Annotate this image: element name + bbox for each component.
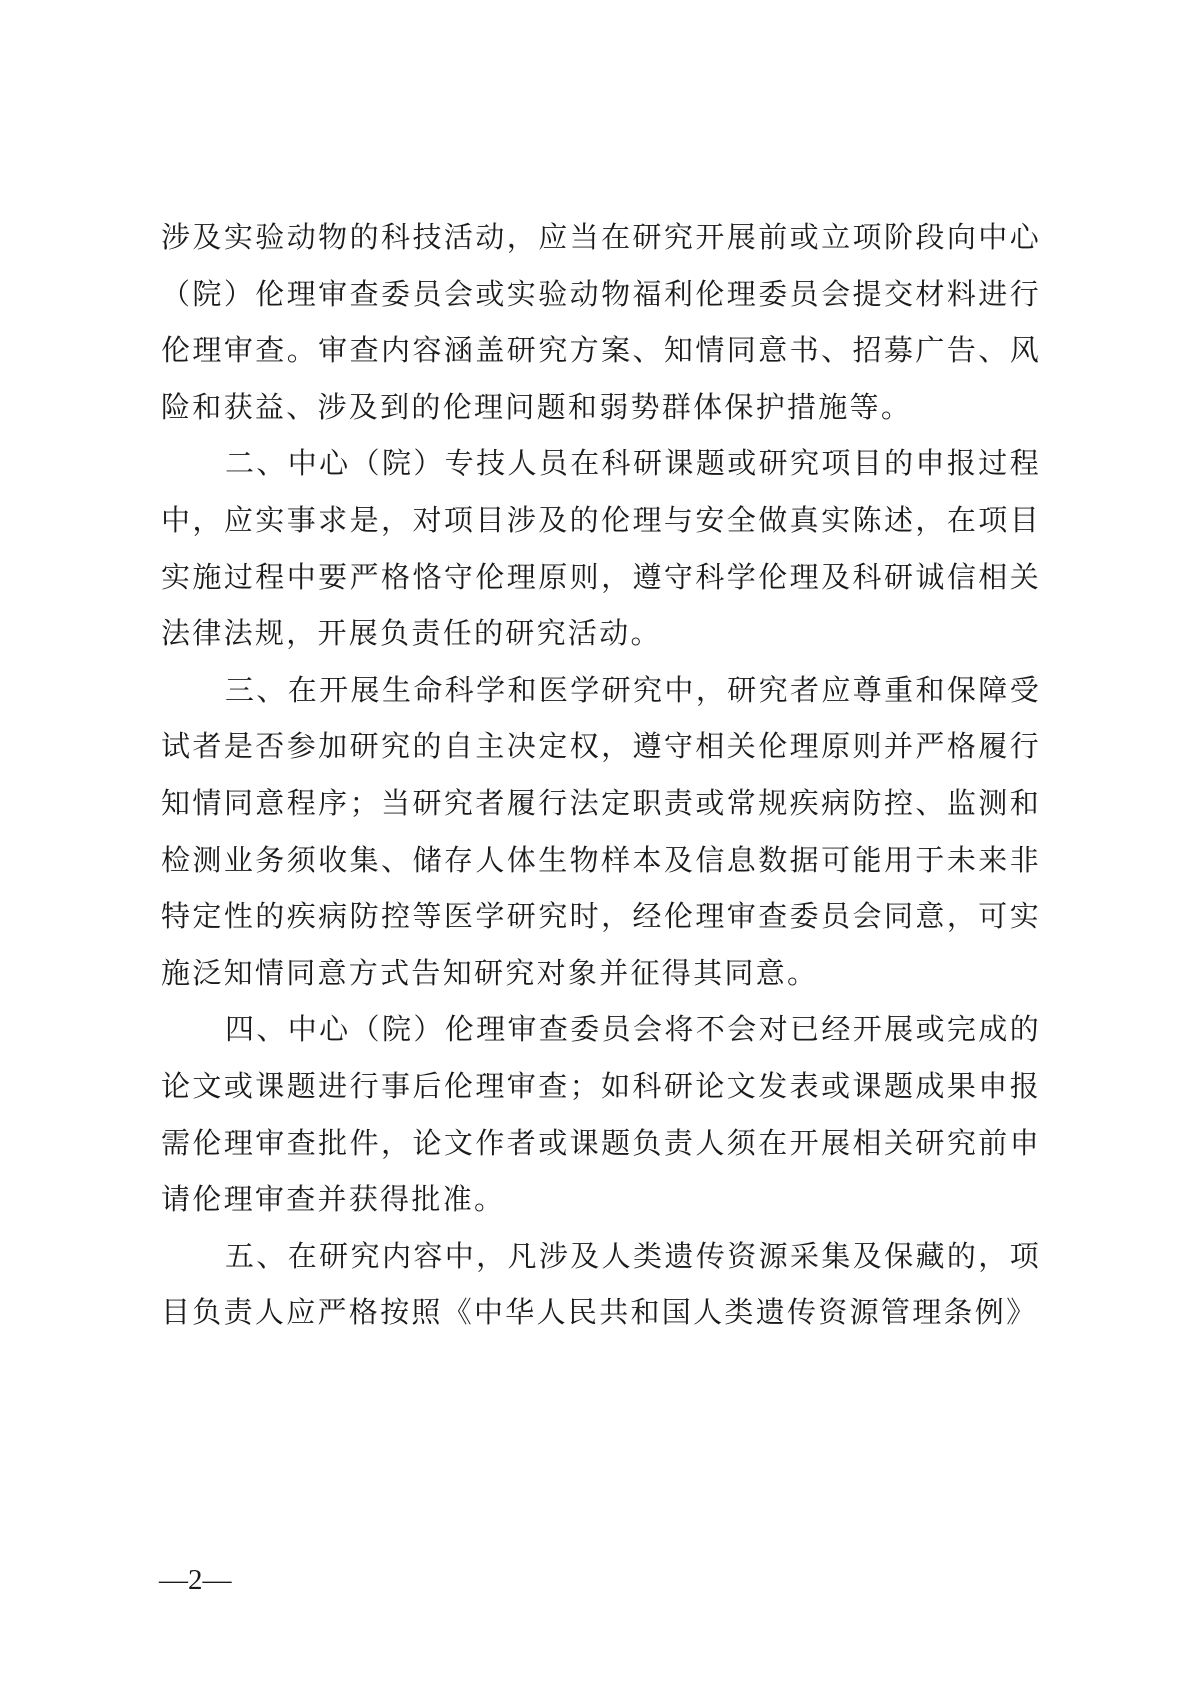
paragraph-item-4: 四、中心（院）伦理审查委员会将不会对已经开展或完成的论文或课题进行事后伦理审查；… [161, 1001, 1041, 1227]
page-number: —2— [159, 1563, 232, 1597]
document-page: 涉及实验动物的科技活动，应当在研究开展前或立项阶段向中心（院）伦理审查委员会或实… [0, 0, 1190, 1682]
paragraph-item-5: 五、在研究内容中，凡涉及人类遗传资源采集及保藏的，项目负责人应严格按照《中华人民… [161, 1228, 1041, 1341]
paragraph-item-2: 二、中心（院）专技人员在科研课题或研究项目的申报过程中，应实事求是，对项目涉及的… [161, 435, 1041, 661]
paragraph-continuation: 涉及实验动物的科技活动，应当在研究开展前或立项阶段向中心（院）伦理审查委员会或实… [161, 209, 1041, 435]
document-body: 涉及实验动物的科技活动，应当在研究开展前或立项阶段向中心（院）伦理审查委员会或实… [161, 209, 1041, 1341]
paragraph-item-3: 三、在开展生命科学和医学研究中，研究者应尊重和保障受试者是否参加研究的自主决定权… [161, 662, 1041, 1002]
